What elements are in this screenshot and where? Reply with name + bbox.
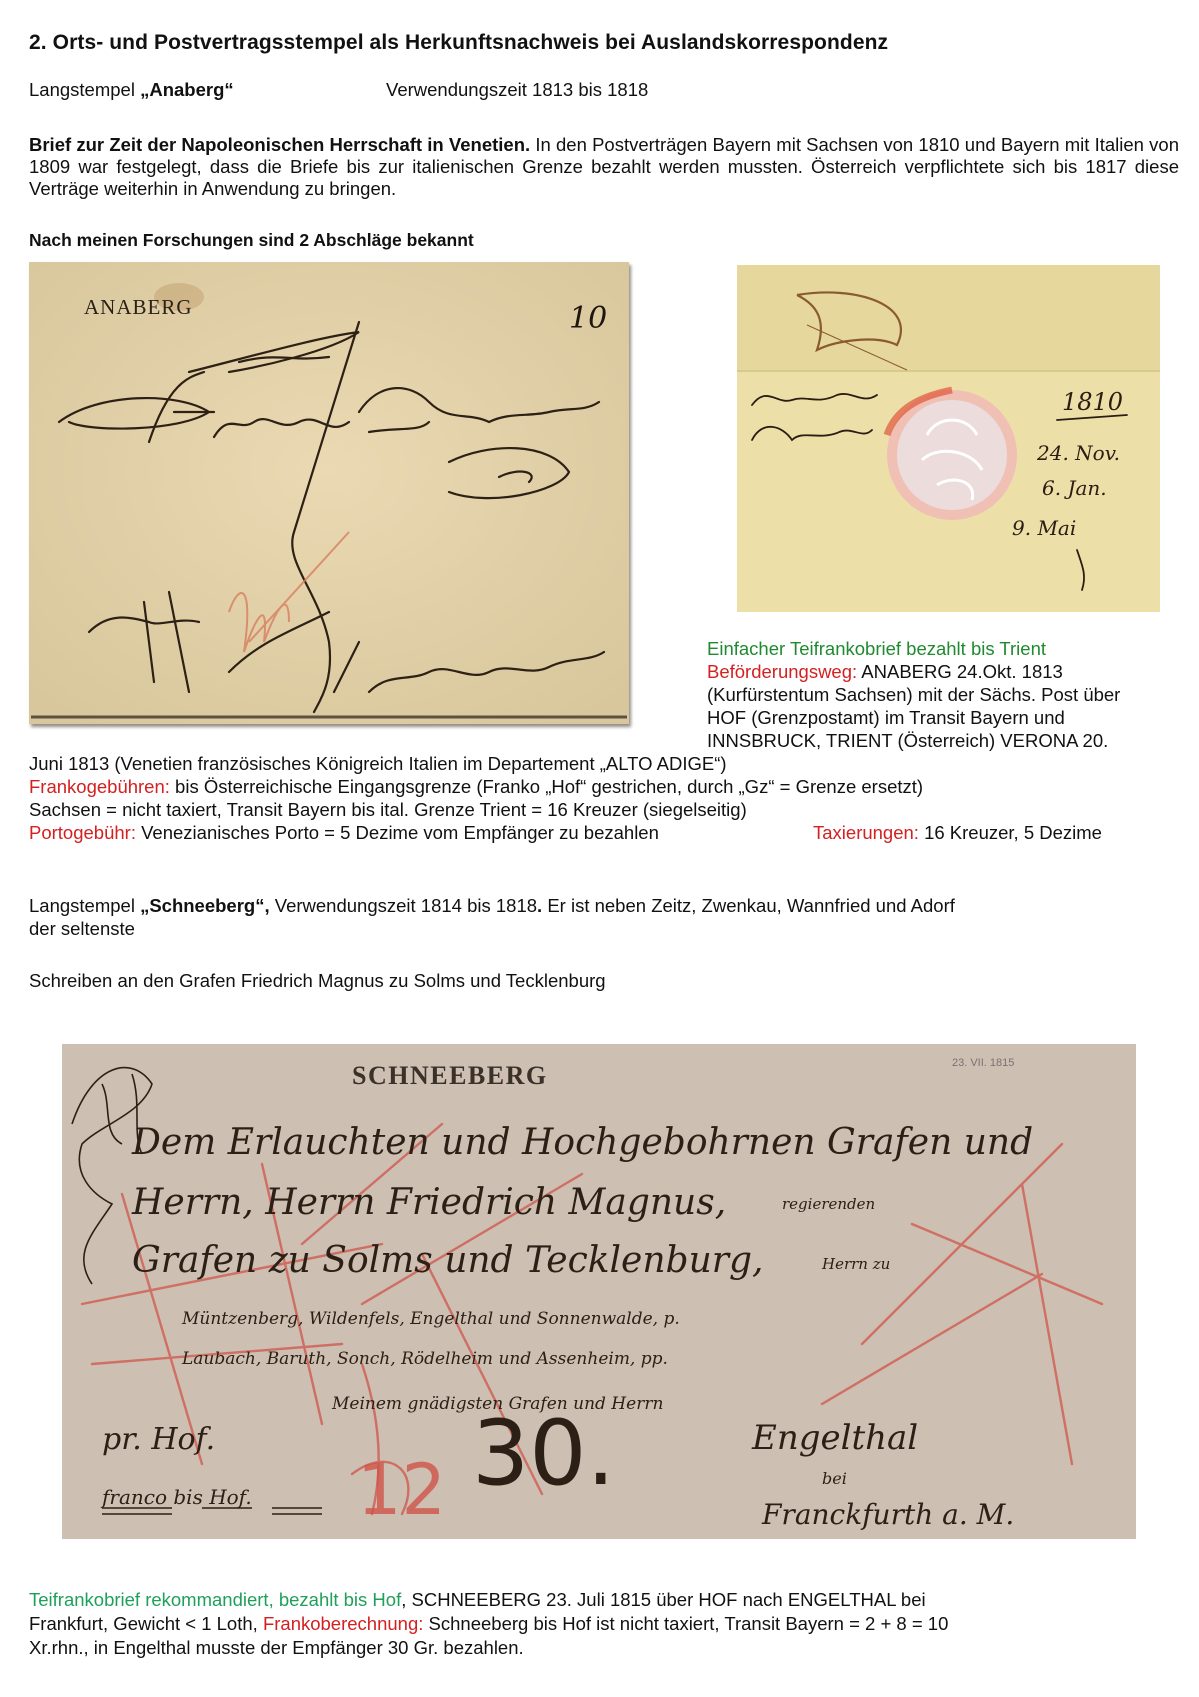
schneeberg-label-prefix: Langstempel	[29, 895, 140, 916]
porto-line: Portogebühr: Venezianisches Porto = 5 De…	[29, 821, 659, 844]
research-note: Nach meinen Forschungen sind 2 Abschläge…	[29, 229, 474, 251]
svg-text:Herrn zu: Herrn zu	[821, 1255, 890, 1273]
tax-label: Taxierungen:	[813, 822, 919, 843]
anaberg-stamp-name: „Anaberg“	[140, 79, 234, 100]
franko-line: Frankogebühren: bis Österreichische Eing…	[29, 775, 923, 798]
tax-text: 16 Kreuzer, 5 Dezime	[919, 822, 1102, 843]
svg-text:6. Jan.: 6. Jan.	[1042, 476, 1107, 500]
schneeberg-caption-line-2: Frankfurt, Gewicht < 1 Loth, Frankoberec…	[29, 1612, 948, 1635]
tax-line: Taxierungen: 16 Kreuzer, 5 Dezime	[813, 821, 1102, 844]
svg-text:regierenden: regierenden	[782, 1195, 875, 1213]
svg-text:bei: bei	[822, 1469, 847, 1488]
letter-front-illustration: ANABERG 10	[29, 262, 629, 724]
svg-text:10: 10	[569, 301, 607, 336]
schneeberg-caption-line-3: Xr.rhn., in Engelthal musste der Empfäng…	[29, 1636, 524, 1659]
franko-label: Frankogebühren:	[29, 776, 170, 797]
page-title: 2. Orts- und Postvertragsstempel als Her…	[29, 31, 888, 55]
svg-text:Engelthal: Engelthal	[751, 1418, 918, 1458]
anaberg-intro-paragraph: Brief zur Zeit der Napoleonischen Herrsc…	[29, 134, 1179, 200]
svg-text:pr. Hof.: pr. Hof.	[102, 1422, 215, 1457]
svg-text:24. Nov.: 24. Nov.	[1036, 441, 1120, 465]
schneeberg-caption-text-1: , SCHNEEBERG 23. Juli 1815 über HOF nach…	[401, 1589, 925, 1610]
route-label: Beförderungsweg:	[707, 661, 857, 682]
anaberg-caption-title: Einfacher Teifrankobrief bezahlt bis Tri…	[707, 637, 1046, 660]
route-line-1: Beförderungsweg: ANABERG 24.Okt. 1813	[707, 660, 1063, 683]
svg-text:23. VII. 1815: 23. VII. 1815	[952, 1057, 1014, 1069]
route-continued: Juni 1813 (Venetien französisches Königr…	[29, 752, 727, 775]
schneeberg-rarity: Er ist neben Zeitz, Zwenkau, Wannfried u…	[542, 895, 955, 916]
svg-text:SCHNEEBERG: SCHNEEBERG	[352, 1061, 548, 1090]
schneeberg-letter-illustration: SCHNEEBERG 23. VII. 1815 Dem Erlauchten …	[62, 1044, 1136, 1539]
route-text-1: ANABERG 24.Okt. 1813	[857, 661, 1063, 682]
anaberg-label: Langstempel „Anaberg“	[29, 79, 234, 101]
anaberg-letter-front-image: ANABERG 10	[29, 262, 629, 724]
porto-label: Portogebühr:	[29, 822, 136, 843]
sachsen-line: Sachsen = nicht taxiert, Transit Bayern …	[29, 798, 747, 821]
svg-text:Herrn, Herrn Friedrich Magnus,: Herrn, Herrn Friedrich Magnus,	[131, 1182, 726, 1223]
schneeberg-stamp-name: „Schneeberg“,	[140, 895, 270, 916]
svg-text:30.: 30.	[472, 1401, 615, 1506]
anaberg-letter-back-image: 1810 24. Nov. 6. Jan. 9. Mai	[737, 265, 1160, 612]
schneeberg-subtitle: Schreiben an den Grafen Friedrich Magnus…	[29, 970, 606, 992]
anaberg-usage-period: Verwendungszeit 1813 bis 1818	[386, 79, 648, 101]
svg-text:1810: 1810	[1062, 388, 1123, 416]
svg-text:Dem Erlauchten und Hochgebohrn: Dem Erlauchten und Hochgebohrnen Grafen …	[131, 1122, 1033, 1163]
svg-text:Franckfurth a. M.: Franckfurth a. M.	[761, 1498, 1014, 1531]
schneeberg-label: Langstempel „Schneeberg“, Verwendungszei…	[29, 895, 955, 917]
porto-text: Venezianisches Porto = 5 Dezime vom Empf…	[136, 822, 659, 843]
route-line-4: INNSBRUCK, TRIENT (Österreich) VERONA 20…	[707, 729, 1108, 752]
svg-text:Müntzenberg, Wildenfels, Engel: Müntzenberg, Wildenfels, Engelthal und S…	[181, 1309, 680, 1329]
schneeberg-letter-image: SCHNEEBERG 23. VII. 1815 Dem Erlauchten …	[62, 1044, 1136, 1539]
svg-text:9. Mai: 9. Mai	[1012, 516, 1076, 540]
schneeberg-caption-title: Teifrankobrief rekommandiert, bezahlt bi…	[29, 1589, 401, 1610]
intro-bold-lead: Brief zur Zeit der Napoleonischen Herrsc…	[29, 134, 530, 155]
svg-text:12: 12	[357, 1449, 446, 1531]
route-line-3: HOF (Grenzpostamt) im Transit Bayern und	[707, 706, 1065, 729]
svg-text:Laubach, Baruth, Sonch, Rödelh: Laubach, Baruth, Sonch, Rödelheim und As…	[181, 1349, 668, 1369]
frankoberechnung-label: Frankoberechnung:	[263, 1613, 423, 1634]
schneeberg-rarity-cont: der seltenste	[29, 918, 135, 940]
svg-text:Grafen zu Solms und Tecklenbur: Grafen zu Solms und Tecklenburg,	[132, 1240, 763, 1281]
svg-text:ANABERG: ANABERG	[84, 295, 193, 319]
schneeberg-caption-text-2b: Schneeberg bis Hof ist nicht taxiert, Tr…	[423, 1613, 948, 1634]
letter-back-illustration: 1810 24. Nov. 6. Jan. 9. Mai	[737, 265, 1160, 612]
schneeberg-usage-period: Verwendungszeit 1814 bis 1818	[270, 895, 537, 916]
anaberg-label-prefix: Langstempel	[29, 79, 140, 100]
schneeberg-caption-text-2a: Frankfurt, Gewicht < 1 Loth,	[29, 1613, 263, 1634]
route-line-2: (Kurfürstentum Sachsen) mit der Sächs. P…	[707, 683, 1120, 706]
franko-text: bis Österreichische Eingangsgrenze (Fran…	[170, 776, 923, 797]
svg-text:franco bis Hof.: franco bis Hof.	[100, 1485, 252, 1509]
schneeberg-caption-line-1: Teifrankobrief rekommandiert, bezahlt bi…	[29, 1588, 926, 1611]
